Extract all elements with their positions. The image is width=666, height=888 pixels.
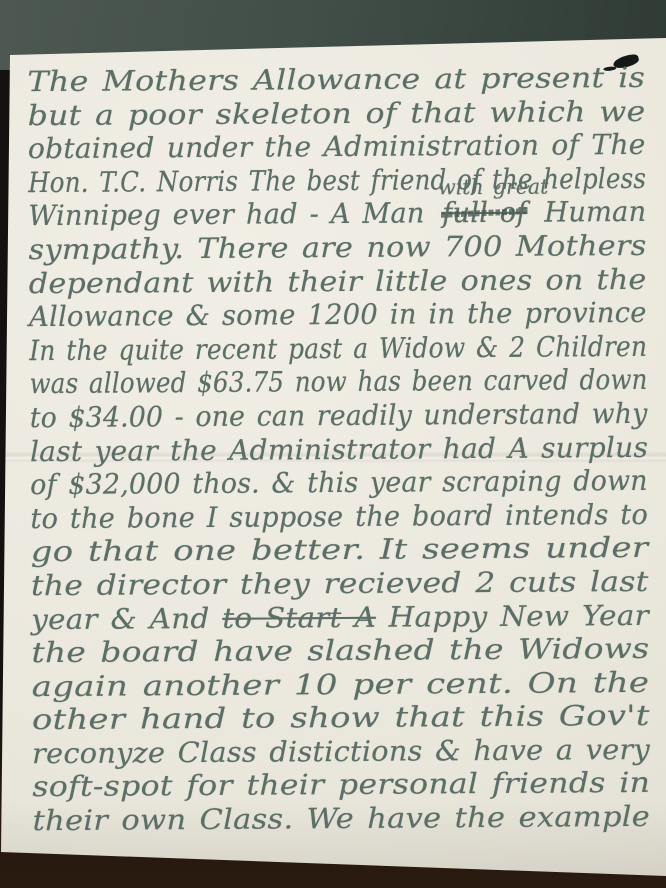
- letter-line-text: sympathy. There are now 700 Mothers: [28, 229, 646, 267]
- letter-line-text: year & And to Start A Happy New Year: [31, 598, 649, 636]
- letter-line: other hand to show that this Gov't: [32, 699, 656, 737]
- letter-line: The Mothers Allowance at present is: [27, 61, 651, 99]
- letter-line-text: but a poor skeleton of that which we: [28, 94, 646, 132]
- letter-line: dependant with their little ones on the: [29, 262, 653, 300]
- letter-line-segment: Human: [544, 195, 646, 229]
- letter-line: go that one better. It seems under: [31, 531, 655, 569]
- letter-photo: The Mothers Allowance at present is but …: [0, 0, 666, 888]
- letter-line: the director they recieved 2 cuts last: [31, 565, 655, 603]
- letter-line: Hon. T.C. Norris The best friend of the …: [28, 162, 652, 200]
- letter-line-text: In the quite recent past a Widow & 2 Chi…: [29, 330, 647, 368]
- letter-line: their own Class. We have the example: [32, 800, 656, 838]
- letter-line: the board have slashed the Widows: [31, 632, 655, 670]
- letter-line-text: The Mothers Allowance at present is: [27, 61, 645, 99]
- letter-text: The Mothers Allowance at present is but …: [27, 61, 656, 838]
- letter-line: soft-spot for their personal friends in: [32, 766, 656, 804]
- letter-line: obtained under the Administration of The: [28, 128, 652, 166]
- letter-line: Winnipeg ever had - A Man with great ful…: [28, 195, 652, 233]
- letter-line: was allowed $63.75 now has been carved d…: [29, 363, 653, 401]
- letter-line-text: Hon. T.C. Norris The best friend of the …: [28, 162, 646, 200]
- letter-line-text: their own Class. We have the example: [32, 800, 650, 838]
- letter-line-text: the board have slashed the Widows: [31, 632, 649, 670]
- letter-line: Allowance & some 1200 in in the province: [29, 296, 653, 334]
- letter-line-text: go that one better. It seems under: [31, 531, 649, 569]
- letter-line: In the quite recent past a Widow & 2 Chi…: [29, 330, 653, 368]
- letter-line-text: other hand to show that this Gov't: [32, 699, 650, 737]
- correction: with great full of: [442, 196, 527, 230]
- letter-line-text: obtained under the Administration of The: [28, 128, 646, 166]
- letter-line-text: was allowed $63.75 now has been carved d…: [29, 363, 647, 401]
- letter-line-text: to the bone I suppose the board intends …: [30, 498, 648, 536]
- letter-line-text: again another 10 per cent. On the: [32, 666, 650, 704]
- letter-line: year & And to Start A Happy New Year: [31, 598, 655, 636]
- letter-line-text: soft-spot for their personal friends in: [32, 766, 650, 804]
- letter-line: last year the Administrator had A surplu…: [30, 430, 654, 468]
- letter-line-text: Allowance & some 1200 in in the province: [29, 296, 647, 334]
- letter-line: of $32,000 thos. & this year scraping do…: [30, 464, 654, 502]
- struck-text: to Start A: [222, 600, 376, 634]
- letter-line: to the bone I suppose the board intends …: [30, 498, 654, 536]
- letter-line-segment: Winnipeg ever had - A Man: [28, 197, 424, 233]
- letter-line-text: reconyze Class distictions & have a very: [32, 733, 650, 771]
- letter-paper: The Mothers Allowance at present is but …: [0, 0, 666, 888]
- letter-line: to $34.00 - one can readily understand w…: [30, 397, 654, 435]
- letter-line-text: last year the Administrator had A surplu…: [30, 430, 648, 468]
- letter-line: again another 10 per cent. On the: [32, 666, 656, 704]
- letter-line-text: of $32,000 thos. & this year scraping do…: [30, 464, 648, 502]
- letter-line: but a poor skeleton of that which we: [28, 94, 652, 132]
- letter-line-text: the director they recieved 2 cuts last: [31, 565, 649, 603]
- letter-line-segment: Happy New Year: [389, 598, 649, 633]
- letter-line-text: to $34.00 - one can readily understand w…: [30, 397, 648, 435]
- letter-line-segment: year & And: [31, 601, 210, 635]
- letter-line-text: Winnipeg ever had - A Man with great ful…: [28, 195, 646, 233]
- struck-text: full of: [442, 196, 527, 230]
- letter-line: reconyze Class distictions & have a very: [32, 733, 656, 771]
- letter-line-text: dependant with their little ones on the: [29, 262, 647, 300]
- letter-line: sympathy. There are now 700 Mothers: [28, 229, 652, 267]
